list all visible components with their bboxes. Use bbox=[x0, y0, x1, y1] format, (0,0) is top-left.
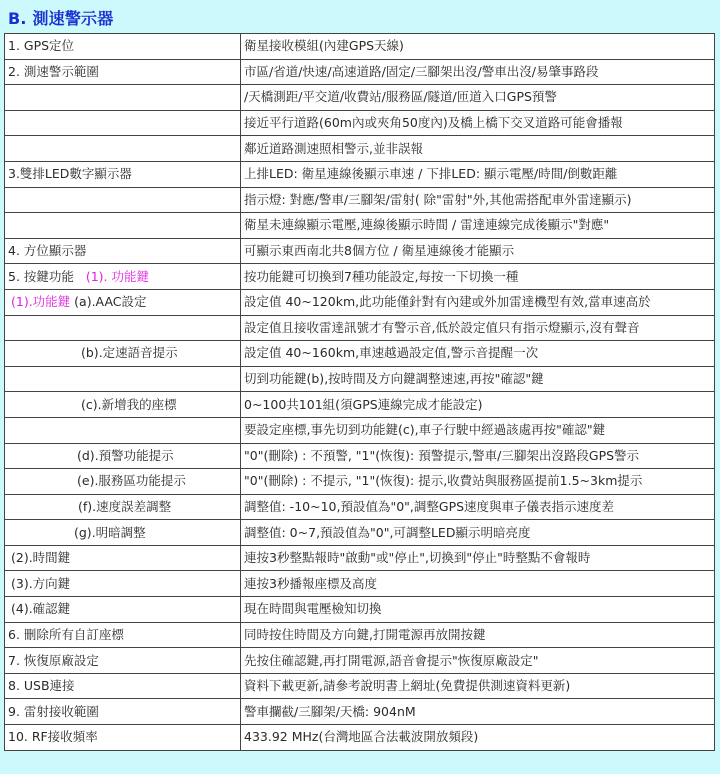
table-row: (c).新增我的座標 0~100共101組(須GPS連線完成才能設定) bbox=[5, 392, 715, 418]
table-row: 接近平行道路(60m內或夾角50度內)及橋上橋下交叉道路可能會播報 bbox=[5, 110, 715, 136]
table-row: (1).功能鍵 (a).AAC設定 設定值 40~120km,此功能僅針對有內建… bbox=[5, 289, 715, 315]
row-label-highlight: (1). 功能鍵 bbox=[86, 269, 149, 284]
table-row: /天橋測距/平交道/收費站/服務區/隧道/匝道入口GPS預警 bbox=[5, 85, 715, 111]
row-value: 433.92 MHz(台灣地區合法載波開放頻段) bbox=[241, 725, 715, 751]
row-value: 指示燈: 對應/警車/三腳架/雷射( 除"雷射"外,其他需搭配車外雷達顯示) bbox=[241, 187, 715, 213]
row-value: 連按3秒整點報時"啟動"或"停止",切換到"停止"時整點不會報時 bbox=[241, 545, 715, 571]
row-label bbox=[5, 85, 241, 111]
row-value: 市區/省道/快速/高速道路/固定/三腳架出沒/警車出沒/易肇事路段 bbox=[241, 59, 715, 85]
row-value: 設定值且接收雷達訊號才有警示音,低於設定值只有指示燈顯示,沒有聲音 bbox=[241, 315, 715, 341]
row-value: /天橋測距/平交道/收費站/服務區/隧道/匝道入口GPS預警 bbox=[241, 85, 715, 111]
row-label: (b).定速語音提示 bbox=[5, 341, 241, 367]
row-value: 0~100共101組(須GPS連線完成才能設定) bbox=[241, 392, 715, 418]
row-label-main: (a).AAC設定 bbox=[70, 294, 146, 309]
row-label: (e).服務區功能提示 bbox=[5, 469, 241, 495]
row-label-compound: 5. 按鍵功能 (1). 功能鍵 bbox=[5, 264, 241, 290]
spec-table: 1. GPS定位 衛星接收模組(內建GPS天線) 2. 測速警示範圍 市區/省道… bbox=[4, 33, 715, 751]
table-row: (f).速度誤差調整 調整值: -10~10,預設值為"0",調整GPS速度與車… bbox=[5, 494, 715, 520]
row-label: (d).預警功能提示 bbox=[5, 443, 241, 469]
table-row: 設定值且接收雷達訊號才有警示音,低於設定值只有指示燈顯示,沒有聲音 bbox=[5, 315, 715, 341]
row-value: 按功能鍵可切換到7種功能設定,每按一下切換一種 bbox=[241, 264, 715, 290]
table-row: 要設定座標,事先切到功能鍵(c),車子行駛中經過該處再按"確認"鍵 bbox=[5, 417, 715, 443]
row-label: 1. GPS定位 bbox=[5, 34, 241, 60]
row-label-highlight: (1).功能鍵 bbox=[11, 294, 70, 309]
row-label-compound: (1).功能鍵 (a).AAC設定 bbox=[5, 289, 241, 315]
row-label bbox=[5, 417, 241, 443]
row-label bbox=[5, 213, 241, 239]
row-label bbox=[5, 110, 241, 136]
table-row: (4).確認鍵 現在時間與電壓檢知切換 bbox=[5, 597, 715, 623]
row-label: 6. 刪除所有自訂座標 bbox=[5, 622, 241, 648]
table-row: 衛星未連線顯示電壓,連線後顯示時間 / 雷達連線完成後顯示"對應" bbox=[5, 213, 715, 239]
row-value: 鄰近道路測速照相警示,並非誤報 bbox=[241, 136, 715, 162]
row-value: 上排LED: 衛星連線後顯示車速 / 下排LED: 顯示電壓/時間/倒數距離 bbox=[241, 161, 715, 187]
table-row: (3).方向鍵 連按3秒播報座標及高度 bbox=[5, 571, 715, 597]
row-label-highlight: (3).方向鍵 bbox=[5, 571, 241, 597]
row-value: 先按住確認鍵,再打開電源,語音會提示"恢復原廠設定" bbox=[241, 648, 715, 674]
row-label: 9. 雷射接收範圍 bbox=[5, 699, 241, 725]
row-value: "0"(刪除) : 不預警, "1"(恢復): 預警提示,警車/三腳架出沒路段G… bbox=[241, 443, 715, 469]
row-label-main: 5. 按鍵功能 bbox=[8, 269, 74, 284]
row-value: 警車攔截/三腳架/天橋: 904nM bbox=[241, 699, 715, 725]
row-label-highlight: (2).時間鍵 bbox=[5, 545, 241, 571]
table-row: 8. USB連接 資料下載更新,請參考說明書上網址(免費提供測速資料更新) bbox=[5, 673, 715, 699]
row-label: 7. 恢復原廠設定 bbox=[5, 648, 241, 674]
section-title: B. 測速警示器 bbox=[8, 8, 113, 30]
row-value: 資料下載更新,請參考說明書上網址(免費提供測速資料更新) bbox=[241, 673, 715, 699]
table-row: 指示燈: 對應/警車/三腳架/雷射( 除"雷射"外,其他需搭配車外雷達顯示) bbox=[5, 187, 715, 213]
table-row: 7. 恢復原廠設定 先按住確認鍵,再打開電源,語音會提示"恢復原廠設定" bbox=[5, 648, 715, 674]
row-value: 調整值: -10~10,預設值為"0",調整GPS速度與車子儀表指示速度差 bbox=[241, 494, 715, 520]
table-row: 5. 按鍵功能 (1). 功能鍵 按功能鍵可切換到7種功能設定,每按一下切換一種 bbox=[5, 264, 715, 290]
table-row: 鄰近道路測速照相警示,並非誤報 bbox=[5, 136, 715, 162]
row-label bbox=[5, 366, 241, 392]
row-label: 2. 測速警示範圍 bbox=[5, 59, 241, 85]
row-value: 連按3秒播報座標及高度 bbox=[241, 571, 715, 597]
table-row: (e).服務區功能提示 "0"(刪除) : 不提示, "1"(恢復): 提示,收… bbox=[5, 469, 715, 495]
row-label: (c).新增我的座標 bbox=[5, 392, 241, 418]
table-row: 4. 方位顯示器 可顯示東西南北共8個方位 / 衛星連線後才能顯示 bbox=[5, 238, 715, 264]
row-value: 調整值: 0~7,預設值為"0",可調整LED顯示明暗亮度 bbox=[241, 520, 715, 546]
row-label bbox=[5, 187, 241, 213]
row-value: 現在時間與電壓檢知切換 bbox=[241, 597, 715, 623]
row-value: 要設定座標,事先切到功能鍵(c),車子行駛中經過該處再按"確認"鍵 bbox=[241, 417, 715, 443]
table-row: (2).時間鍵 連按3秒整點報時"啟動"或"停止",切換到"停止"時整點不會報時 bbox=[5, 545, 715, 571]
table-row: 10. RF接收頻率 433.92 MHz(台灣地區合法載波開放頻段) bbox=[5, 725, 715, 751]
table-row: 9. 雷射接收範圍 警車攔截/三腳架/天橋: 904nM bbox=[5, 699, 715, 725]
row-value: 同時按住時間及方向鍵,打開電源再放開按鍵 bbox=[241, 622, 715, 648]
row-label: 10. RF接收頻率 bbox=[5, 725, 241, 751]
table-row: (b).定速語音提示 設定值 40~160km,車速越過設定值,警示音提醒一次 bbox=[5, 341, 715, 367]
row-label: 8. USB連接 bbox=[5, 673, 241, 699]
row-value: 接近平行道路(60m內或夾角50度內)及橋上橋下交叉道路可能會播報 bbox=[241, 110, 715, 136]
row-label: (f).速度誤差調整 bbox=[5, 494, 241, 520]
row-value: 設定值 40~120km,此功能僅針對有內建或外加雷達機型有效,當車速高於 bbox=[241, 289, 715, 315]
table-row: 3.雙排LED數字顯示器 上排LED: 衛星連線後顯示車速 / 下排LED: 顯… bbox=[5, 161, 715, 187]
row-label: 4. 方位顯示器 bbox=[5, 238, 241, 264]
row-label-highlight: (4).確認鍵 bbox=[5, 597, 241, 623]
table-row: 切到功能鍵(b),按時間及方向鍵調整速速,再按"確認"鍵 bbox=[5, 366, 715, 392]
row-value: 衛星未連線顯示電壓,連線後顯示時間 / 雷達連線完成後顯示"對應" bbox=[241, 213, 715, 239]
table-row: 6. 刪除所有自訂座標 同時按住時間及方向鍵,打開電源再放開按鍵 bbox=[5, 622, 715, 648]
row-value: "0"(刪除) : 不提示, "1"(恢復): 提示,收費站與服務區提前1.5~… bbox=[241, 469, 715, 495]
table-row: 2. 測速警示範圍 市區/省道/快速/高速道路/固定/三腳架出沒/警車出沒/易肇… bbox=[5, 59, 715, 85]
row-label bbox=[5, 136, 241, 162]
row-label: (g).明暗調整 bbox=[5, 520, 241, 546]
table-row: (g).明暗調整 調整值: 0~7,預設值為"0",可調整LED顯示明暗亮度 bbox=[5, 520, 715, 546]
table-row: (d).預警功能提示 "0"(刪除) : 不預警, "1"(恢復): 預警提示,… bbox=[5, 443, 715, 469]
row-value: 切到功能鍵(b),按時間及方向鍵調整速速,再按"確認"鍵 bbox=[241, 366, 715, 392]
row-value: 設定值 40~160km,車速越過設定值,警示音提醒一次 bbox=[241, 341, 715, 367]
row-label bbox=[5, 315, 241, 341]
row-value: 可顯示東西南北共8個方位 / 衛星連線後才能顯示 bbox=[241, 238, 715, 264]
row-label: 3.雙排LED數字顯示器 bbox=[5, 161, 241, 187]
row-value: 衛星接收模組(內建GPS天線) bbox=[241, 34, 715, 60]
table-row: 1. GPS定位 衛星接收模組(內建GPS天線) bbox=[5, 34, 715, 60]
